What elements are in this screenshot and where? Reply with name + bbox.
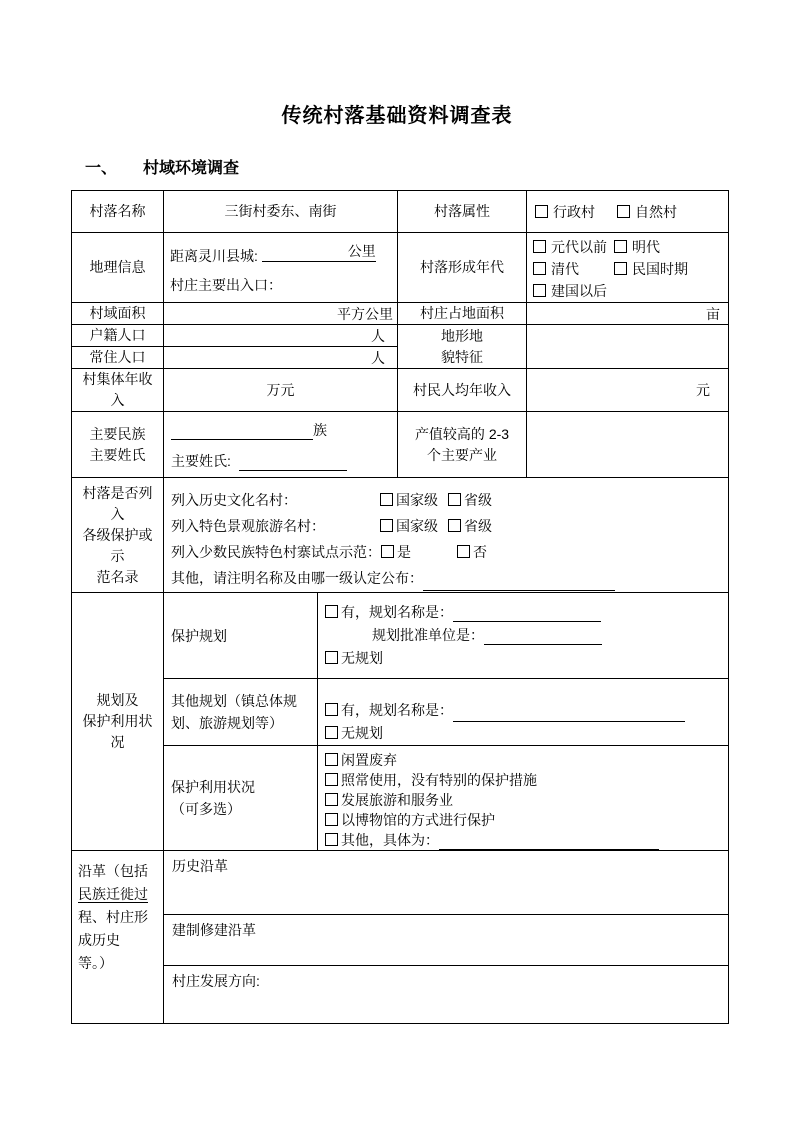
section-number: 一、 <box>85 160 117 177</box>
other-plan-cell: 有，规划名称是： 无规划 <box>318 679 729 746</box>
plan-name-blank[interactable] <box>453 606 601 622</box>
industry-value-cell[interactable] <box>527 412 729 478</box>
checkbox-historic-national[interactable]: 国家级 <box>380 487 438 513</box>
plan-approver-blank[interactable] <box>484 629 602 645</box>
formation-era-label: 村落形成年代 <box>398 233 527 303</box>
checkbox-ming-dynasty[interactable]: 明代 <box>614 236 660 258</box>
checkbox-pre-yuan-dynasty[interactable]: 元代以前 <box>533 236 614 258</box>
checkbox-icon[interactable] <box>325 793 338 806</box>
table-row: 村庄发展方向: <box>72 966 729 1024</box>
page-title: 传统村落基础资料调查表 <box>0 99 794 128</box>
resident-pop-label: 常住人口 <box>72 347 164 369</box>
history-label: 沿革（包括 民族迁徙过 程、村庄形 成历史 等。） <box>72 851 164 1024</box>
village-income-unit: 万元 <box>267 382 295 398</box>
checkbox-icon[interactable] <box>380 493 393 506</box>
usage-status-label: 保护利用状况 （可多选） <box>164 746 318 851</box>
table-row: 规划及 保护利用状 况 保护规划 有，规划名称是： 规划批准单位是： 无规划 <box>72 593 729 679</box>
industry-label: 产值较高的 2-3 个主要产业 <box>398 412 527 478</box>
other-has-plan-line: 有，规划名称是： <box>325 699 728 722</box>
formation-era-options-cell: 元代以前 明代 清代 民国时期 建国以后 <box>527 233 729 303</box>
checkbox-icon[interactable] <box>533 284 546 297</box>
land-area-label: 村庄占地面积 <box>398 303 527 325</box>
table-row: 村落名称 三街村委东、南街 村落属性 行政村 自然村 <box>72 191 729 233</box>
checkbox-post-1949[interactable]: 建国以后 <box>533 280 607 302</box>
listing-label: 村落是否列 入 各级保护或 示 范名录 <box>72 478 164 593</box>
protection-approver-line: 规划批准单位是： <box>372 625 728 645</box>
terrain-label: 地形地 貌特征 <box>398 325 527 369</box>
checkbox-has-protection-plan[interactable]: 有，规划名称是： <box>325 602 453 622</box>
per-capita-income-unit: 元 <box>696 382 710 398</box>
table-row: 村集体年收 入 万元 村民人均年收入 元 <box>72 369 729 412</box>
section-heading: 一、村域环境调查 <box>85 155 239 178</box>
table-row: 村域面积 平方公里 村庄占地面积 亩 <box>72 303 729 325</box>
checkbox-icon[interactable] <box>614 262 627 275</box>
section-title: 村域环境调查 <box>143 160 239 177</box>
construction-history-cell[interactable]: 建制修建沿革 <box>164 915 729 966</box>
checkbox-historic-provincial[interactable]: 省级 <box>448 487 492 513</box>
checkbox-qing-dynasty[interactable]: 清代 <box>533 258 614 280</box>
other-plan-name-blank[interactable] <box>453 706 685 722</box>
geo-info-cell: 距离灵川县城: 公里 村庄主要出入口： <box>164 233 398 303</box>
development-direction-cell[interactable]: 村庄发展方向: <box>164 966 729 1024</box>
planning-label: 规划及 保护利用状 况 <box>72 593 164 851</box>
checkbox-icon[interactable] <box>325 833 338 846</box>
checkbox-icon[interactable] <box>325 605 338 618</box>
table-row: 地理信息 距离灵川县城: 公里 村庄主要出入口： 村落形成年代 元代以前 明代 <box>72 233 729 303</box>
checkbox-usage-other[interactable]: 其他，具体为： <box>325 830 439 850</box>
ethnic-blank[interactable] <box>171 424 313 440</box>
checkbox-administrative-village[interactable]: 行政村 <box>535 202 595 222</box>
ethnic-surname-label: 主要民族 主要姓氏 <box>72 412 164 478</box>
survey-table: 村落名称 三街村委东、南街 村落属性 行政村 自然村 地理信息 距离灵川县城: … <box>71 190 729 1024</box>
checkbox-icon[interactable] <box>325 726 338 739</box>
village-area-unit: 平方公里 <box>337 306 393 322</box>
checkbox-icon[interactable] <box>614 240 627 253</box>
history-evolution-cell[interactable]: 历史沿革 <box>164 851 729 915</box>
table-row: 主要民族 主要姓氏 族 主要姓氏: 产值较高的 2-3 个主要产业 <box>72 412 729 478</box>
village-name-label: 村落名称 <box>72 191 164 233</box>
checkbox-no-other-plan[interactable]: 无规划 <box>325 722 383 745</box>
village-area-value-cell[interactable]: 平方公里 <box>164 303 398 325</box>
other-listing-blank[interactable] <box>423 575 615 591</box>
per-capita-income-value-cell[interactable]: 元 <box>527 369 729 412</box>
geo-info-label: 地理信息 <box>72 233 164 303</box>
protection-has-plan-line: 有，规划名称是： <box>325 602 728 622</box>
land-area-value-cell[interactable]: 亩 <box>527 303 729 325</box>
distance-line: 距离灵川县城: 公里 <box>170 241 393 266</box>
checkbox-tourism-services[interactable]: 发展旅游和服务业 <box>325 790 453 810</box>
checkbox-icon[interactable] <box>448 519 461 532</box>
construction-history-label: 建制修建沿革 <box>172 922 256 938</box>
table-row: 建制修建沿革 <box>72 915 729 966</box>
protection-plan-label: 保护规划 <box>164 593 318 679</box>
protection-plan-cell: 有，规划名称是： 规划批准单位是： 无规划 <box>318 593 729 679</box>
checkbox-no-protection-plan[interactable]: 无规划 <box>325 648 383 668</box>
usage-option-line: 以博物馆的方式进行保护 <box>325 810 728 830</box>
table-row: 村落是否列 入 各级保护或 示 范名录 列入历史文化名村：国家级省级 列入特色景… <box>72 478 729 593</box>
listing-row-other: 其他，请注明名称及由哪一级认定公布： <box>171 565 728 591</box>
checkbox-icon[interactable] <box>325 703 338 716</box>
development-direction-label: 村庄发展方向: <box>172 973 260 989</box>
table-row: 沿革（包括 民族迁徙过 程、村庄形 成历史 等。） 历史沿革 <box>72 851 729 915</box>
surname-line: 主要姓氏: <box>171 451 397 471</box>
checkbox-has-other-plan[interactable]: 有，规划名称是： <box>325 699 453 722</box>
usage-option-line: 照常使用，没有特别的保护措施 <box>325 770 728 790</box>
checkbox-icon[interactable] <box>533 262 546 275</box>
checkbox-icon[interactable] <box>325 651 338 664</box>
ethnic-line: 族 <box>171 420 397 440</box>
checkbox-icon[interactable] <box>325 813 338 826</box>
village-attr-options-cell: 行政村 自然村 <box>527 191 729 233</box>
usage-other-blank[interactable] <box>439 834 659 850</box>
document-page: 传统村落基础资料调查表 一、村域环境调查 村落名称 三街村委东、南街 村落属性 … <box>0 0 794 1123</box>
checkbox-museum-protection[interactable]: 以博物馆的方式进行保护 <box>325 810 495 830</box>
surname-blank[interactable] <box>239 455 347 471</box>
protection-no-plan-line: 无规划 <box>325 648 728 668</box>
checkbox-icon[interactable] <box>617 205 630 218</box>
ethnic-surname-cell: 族 主要姓氏: <box>164 412 398 478</box>
per-capita-income-label: 村民人均年收入 <box>398 369 527 412</box>
listing-content-cell: 列入历史文化名村：国家级省级 列入特色景观旅游名村：国家级省级 列入少数民族特色… <box>164 478 729 593</box>
checkbox-icon[interactable] <box>535 205 548 218</box>
village-income-label: 村集体年收 入 <box>72 369 164 412</box>
checkbox-icon[interactable] <box>325 773 338 786</box>
land-area-unit: 亩 <box>706 306 720 322</box>
registered-pop-unit: 人 <box>371 328 385 344</box>
usage-option-line: 发展旅游和服务业 <box>325 790 728 810</box>
checkbox-icon[interactable] <box>533 240 546 253</box>
other-no-plan-line: 无规划 <box>325 722 728 745</box>
checkbox-icon[interactable] <box>325 753 338 766</box>
usage-status-cell: 闲置废弃 照常使用，没有特别的保护措施 发展旅游和服务业 以博物馆的方式进行保护… <box>318 746 729 851</box>
checkbox-minority-yes[interactable]: 是 <box>381 539 411 565</box>
village-area-label: 村域面积 <box>72 303 164 325</box>
listing-row-historic: 列入历史文化名村：国家级省级 <box>171 487 728 513</box>
checkbox-icon[interactable] <box>380 519 393 532</box>
checkbox-idle-abandoned[interactable]: 闲置废弃 <box>325 750 397 770</box>
checkbox-icon[interactable] <box>448 493 461 506</box>
listing-row-minority: 列入少数民族特色村寨试点示范：是否 <box>171 539 728 565</box>
history-evolution-label: 历史沿革 <box>172 858 228 874</box>
village-income-value-cell[interactable]: 万元 <box>164 369 398 412</box>
other-plan-label: 其他规划（镇总体规 划、旅游规划等） <box>164 679 318 746</box>
entrance-line: 村庄主要出入口： <box>170 275 393 295</box>
checkbox-minority-no[interactable]: 否 <box>457 539 487 565</box>
checkbox-republic-period[interactable]: 民国时期 <box>614 258 688 280</box>
table-row: 户籍人口 人 地形地 貌特征 <box>72 325 729 347</box>
listing-row-scenic: 列入特色景观旅游名村：国家级省级 <box>171 513 728 539</box>
resident-pop-unit: 人 <box>371 350 385 366</box>
registered-pop-label: 户籍人口 <box>72 325 164 347</box>
table-row: 其他规划（镇总体规 划、旅游规划等） 有，规划名称是： 无规划 <box>72 679 729 746</box>
terrain-value-cell[interactable] <box>527 325 729 369</box>
resident-pop-value-cell[interactable]: 人 <box>164 347 398 369</box>
village-name-value[interactable]: 三街村委东、南街 <box>164 191 398 233</box>
checkbox-natural-village[interactable]: 自然村 <box>617 202 677 222</box>
usage-option-line: 其他，具体为： <box>325 830 728 850</box>
village-attr-label: 村落属性 <box>398 191 527 233</box>
checkbox-icon[interactable] <box>457 545 470 558</box>
checkbox-normal-use[interactable]: 照常使用，没有特别的保护措施 <box>325 770 537 790</box>
distance-blank[interactable]: 公里 <box>262 241 376 262</box>
checkbox-scenic-provincial[interactable]: 省级 <box>448 513 492 539</box>
usage-option-line: 闲置废弃 <box>325 750 728 770</box>
checkbox-icon[interactable] <box>381 545 394 558</box>
checkbox-scenic-national[interactable]: 国家级 <box>380 513 438 539</box>
registered-pop-value-cell[interactable]: 人 <box>164 325 398 347</box>
table-row: 保护利用状况 （可多选） 闲置废弃 照常使用，没有特别的保护措施 发展旅游和服务… <box>72 746 729 851</box>
